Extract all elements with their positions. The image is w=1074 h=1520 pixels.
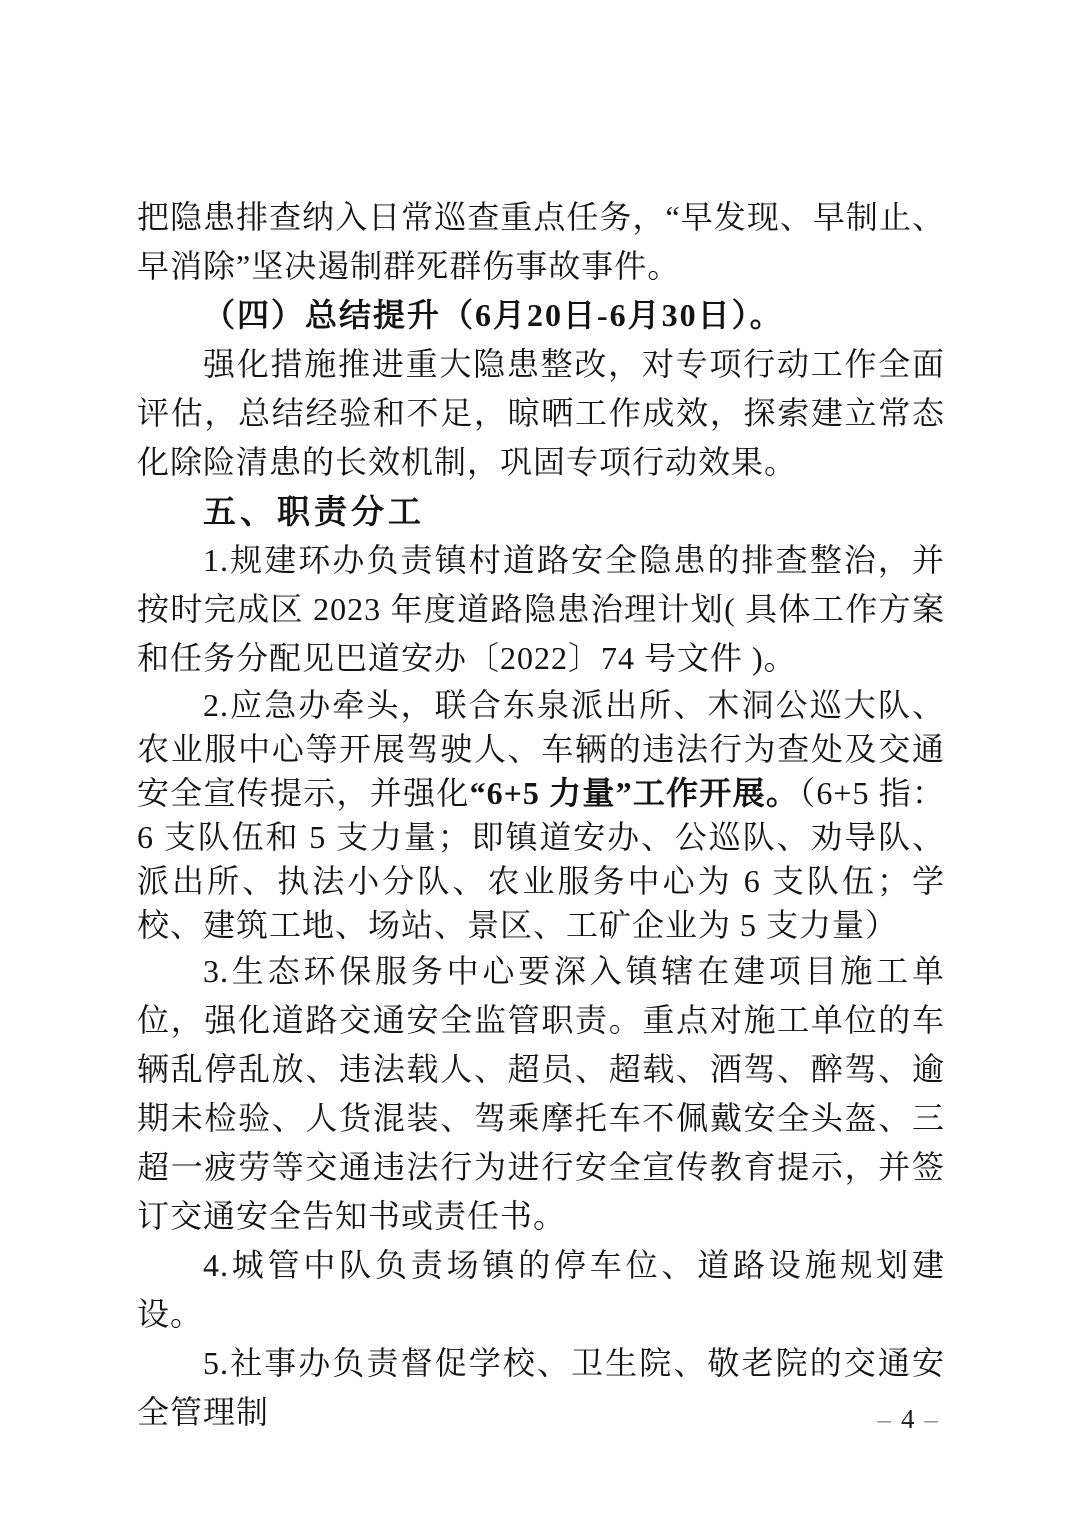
paragraph-stage-four-body: 强化措施推进重大隐患整改，对专项行动工作全面评估，总结经验和不足，晾晒工作成效，… bbox=[137, 340, 945, 487]
page-number-dash-left: – bbox=[868, 1404, 902, 1434]
paragraph-item-5: 5.社事办负责督促学校、卫生院、敬老院的交通安全管理制 bbox=[137, 1339, 945, 1437]
page-number: 4 bbox=[901, 1404, 915, 1434]
paragraph-item-2: 2.应急办牵头，联合东泉派出所、木洞公巡大队、农业服中心等开展驾驶人、车辆的违法… bbox=[137, 683, 945, 947]
document-body: 把隐患排查纳入日常巡查重点任务，“早发现、早制止、早消除”坚决遏制群死群伤事故事… bbox=[137, 193, 945, 1437]
paragraph-item-3: 3.生态环保服务中心要深入镇辖在建项目施工单位，强化道路交通安全监管职责。重点对… bbox=[137, 947, 945, 1241]
heading-section-five-duty-division: 五、职责分工 bbox=[137, 487, 945, 536]
page-number-dash-right: – bbox=[915, 1404, 949, 1434]
item-2-bold-run-6plus5: “6+5 力量”工作开展。 bbox=[470, 775, 800, 811]
paragraph-item-4: 4.城管中队负责场镇的停车位、道路设施规划建设。 bbox=[137, 1241, 945, 1339]
heading-stage-four: （四）总结提升（6月20日-6月30日）。 bbox=[137, 291, 945, 340]
paragraph-item-1: 1.规建环办负责镇村道路安全隐患的排查整治，并按时完成区 2023 年度道路隐患… bbox=[137, 536, 945, 683]
document-page: 把隐患排查纳入日常巡查重点任务，“早发现、早制止、早消除”坚决遏制群死群伤事故事… bbox=[0, 0, 1074, 1520]
page-number-footer: –4– bbox=[868, 1402, 949, 1436]
paragraph-continuation: 把隐患排查纳入日常巡查重点任务，“早发现、早制止、早消除”坚决遏制群死群伤事故事… bbox=[137, 193, 945, 291]
